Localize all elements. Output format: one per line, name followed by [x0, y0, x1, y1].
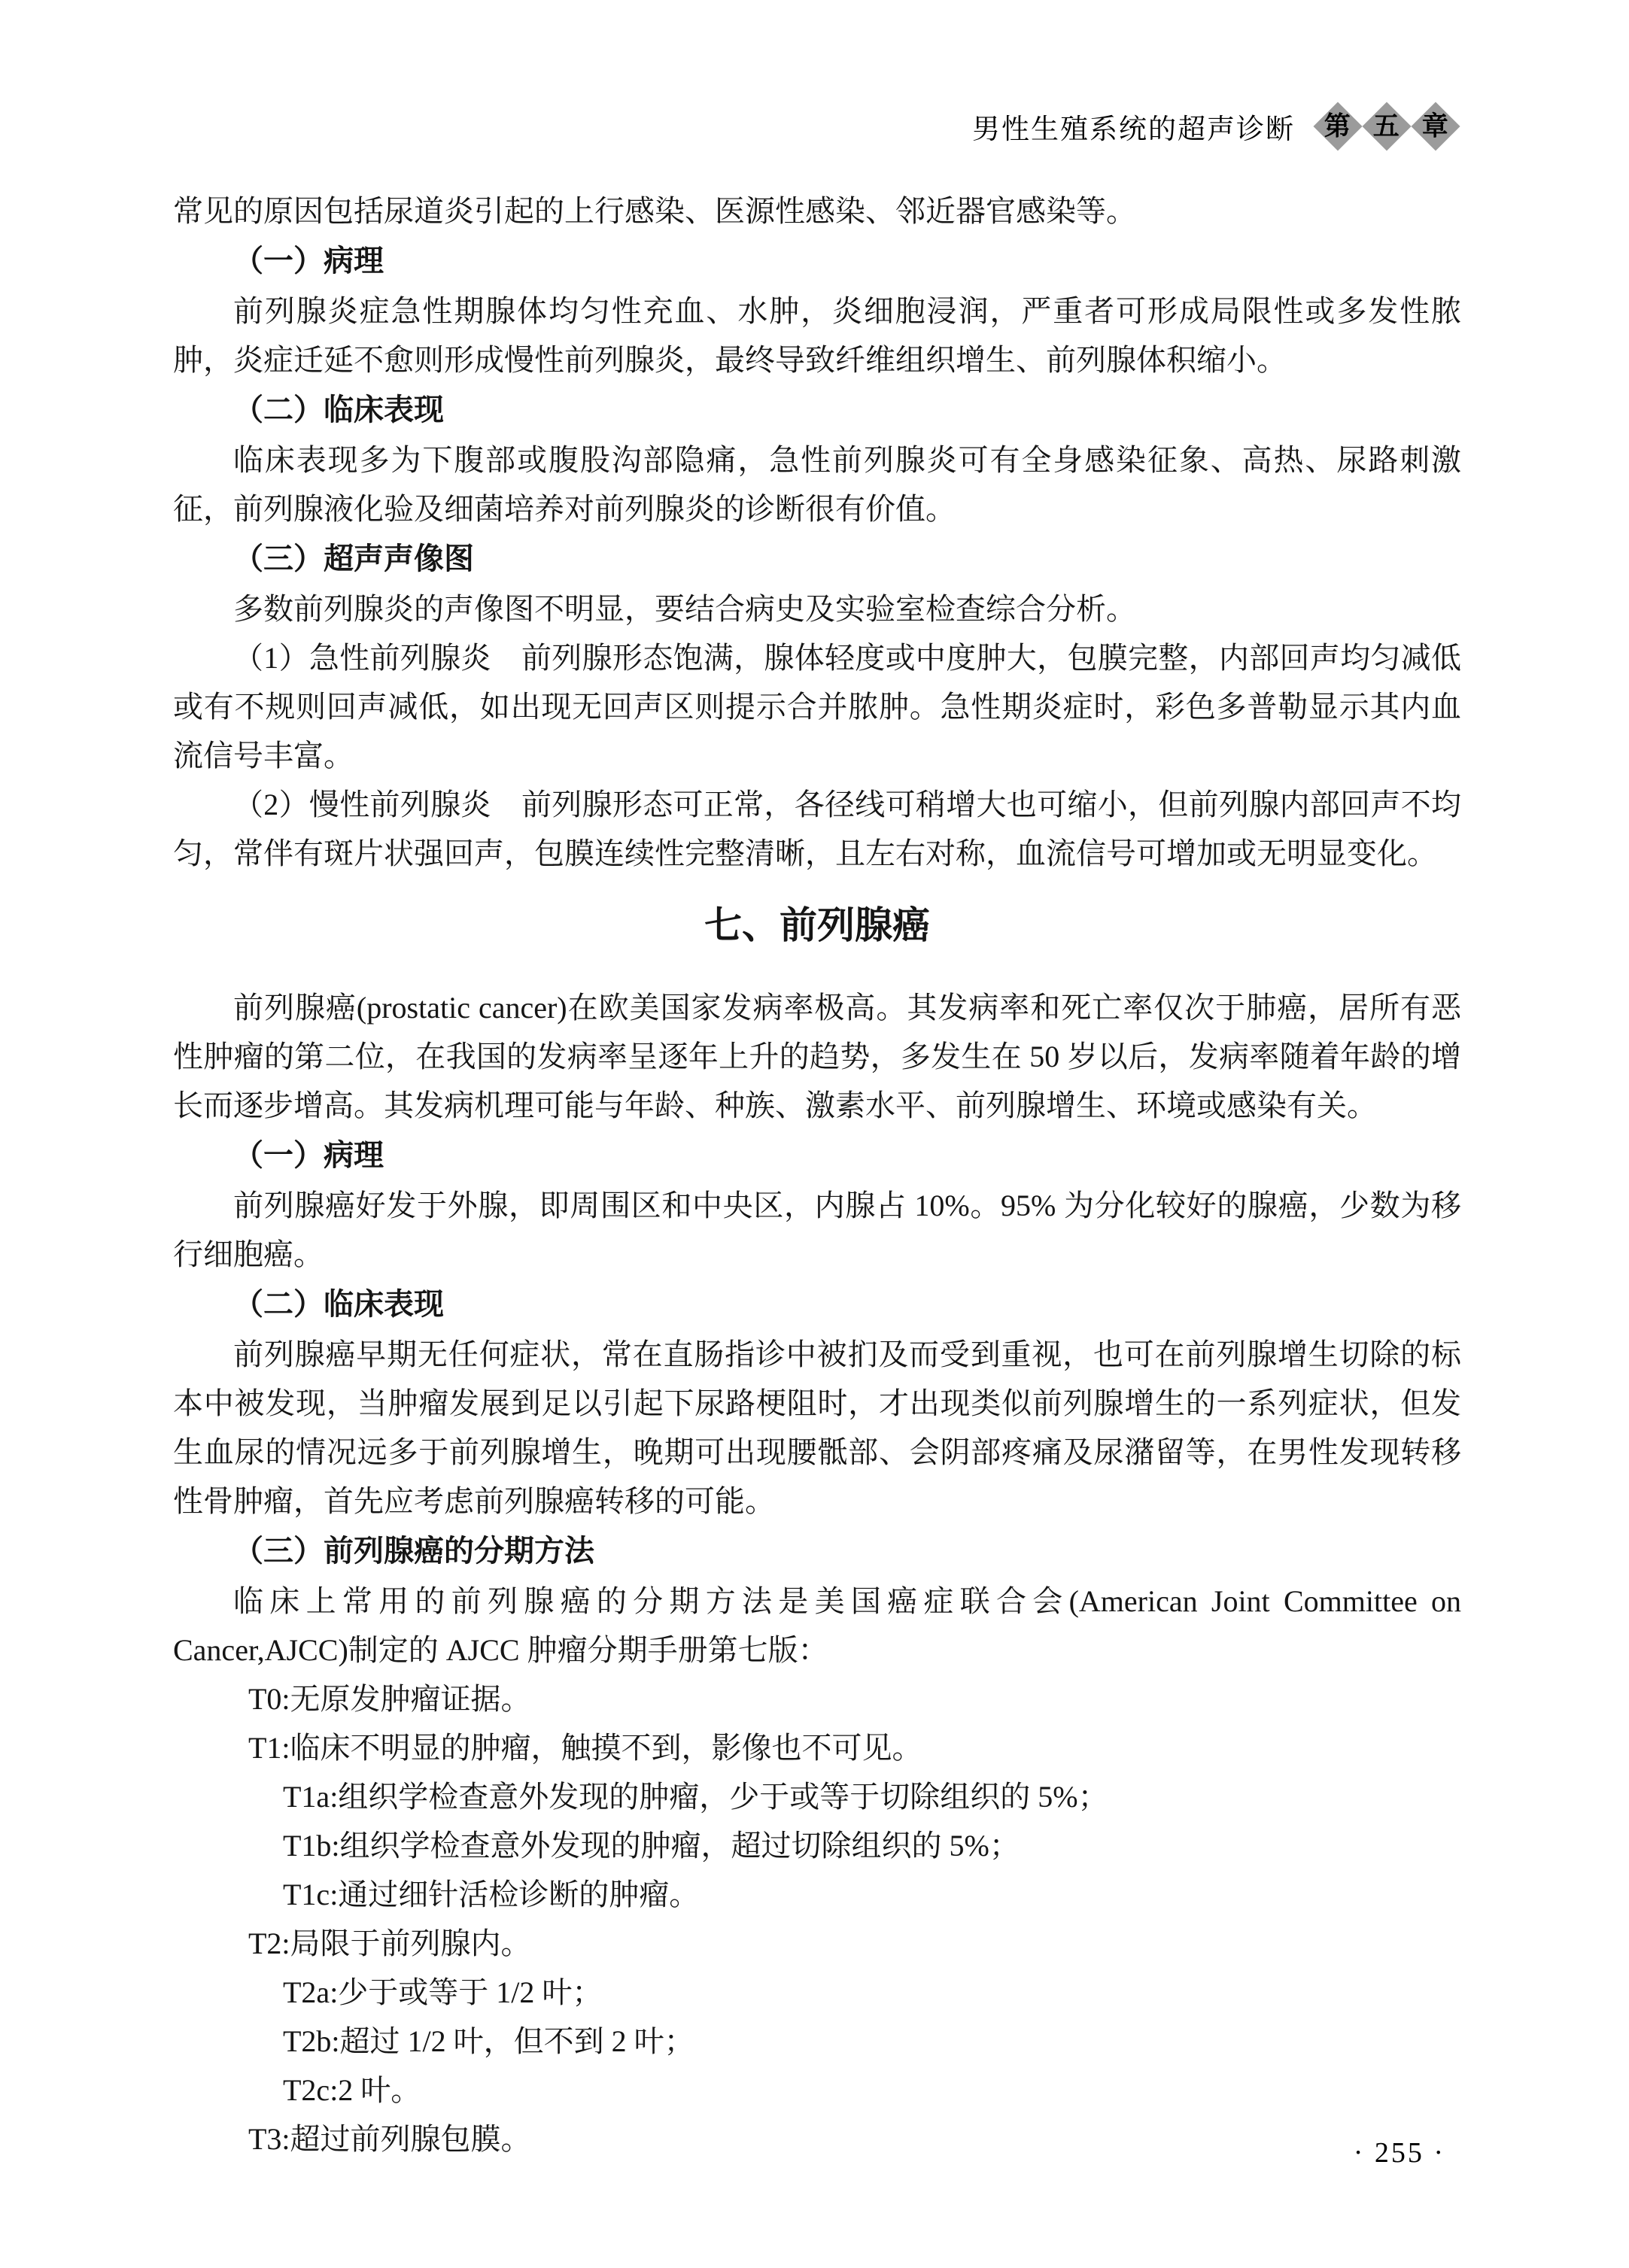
stage-item-t3: T3:超过前列腺包膜。: [173, 2115, 1461, 2163]
stage-item-t2b: T2b:超过 1/2 叶，但不到 2 叶；: [173, 2017, 1461, 2066]
paragraph-prostatitis-clinical: 临床表现多为下腹部或腹股沟部隐痛，急性前列腺炎可有全身感染征象、高热、尿路刺激征…: [173, 436, 1461, 533]
subheading-pathology-2: （一）病理: [173, 1131, 1461, 1180]
paragraph-cancer-pathology: 前列腺癌好发于外腺，即周围区和中央区，内腺占 10%。95% 为分化较好的腺癌，…: [173, 1181, 1461, 1279]
subheading-pathology-1: （一）病理: [173, 236, 1461, 286]
page-header: 男性生殖系统的超声诊断 第 五 章: [972, 99, 1453, 153]
page-number: · 255 ·: [1354, 2136, 1445, 2169]
book-page: 男性生殖系统的超声诊断 第 五 章 常见的原因包括尿道炎引起的上行感染、医源性感…: [0, 0, 1629, 2268]
paragraph-prostatitis-pathology: 前列腺炎症急性期腺体均匀性充血、水肿，炎细胞浸润，严重者可形成局限性或多发性脓肿…: [173, 287, 1461, 384]
paragraph-cancer-clinical: 前列腺癌早期无任何症状，常在直肠指诊中被扪及而受到重视，也可在前列腺增生切除的标…: [173, 1330, 1461, 1526]
chapter-char-1: 第: [1324, 113, 1351, 139]
paragraph-acute-prostatitis: （1）急性前列腺炎 前列腺形态饱满，腺体轻度或中度肿大，包膜完整，内部回声均匀减…: [173, 633, 1461, 780]
stage-item-t2: T2:局限于前列腺内。: [173, 1919, 1461, 1968]
subheading-clinical-1: （二）临床表现: [173, 385, 1461, 435]
paragraph-staging-intro: 临床上常用的前列腺癌的分期方法是美国癌症联合会(American Joint C…: [173, 1577, 1461, 1674]
paragraph-cancer-epidemiology: 前列腺癌(prostatic cancer)在欧美国家发病率极高。其发病率和死亡…: [173, 983, 1461, 1130]
subheading-clinical-2: （二）临床表现: [173, 1280, 1461, 1329]
page-content: 常见的原因包括尿道炎引起的上行感染、医源性感染、邻近器官感染等。（一）病理前列腺…: [173, 187, 1461, 2163]
paragraph-prostatitis-causes: 常见的原因包括尿道炎引起的上行感染、医源性感染、邻近器官感染等。: [173, 187, 1461, 235]
running-title: 男性生殖系统的超声诊断: [972, 106, 1295, 147]
stage-item-t1a: T1a:组织学检查意外发现的肿瘤，少于或等于切除组织的 5%；: [173, 1772, 1461, 1821]
subheading-staging: （三）前列腺癌的分期方法: [173, 1526, 1461, 1576]
stage-item-t2c: T2c:2 叶。: [173, 2066, 1461, 2115]
stage-item-t1b: T1b:组织学检查意外发现的肿瘤，超过切除组织的 5%；: [173, 1821, 1461, 1870]
paragraph-chronic-prostatitis: （2）慢性前列腺炎 前列腺形态可正常，各径线可稍增大也可缩小，但前列腺内部回声不…: [173, 780, 1461, 878]
chapter-diamond-2: 五: [1362, 102, 1411, 150]
chapter-diamond-1: 第: [1313, 102, 1362, 150]
chapter-diamond-3: 章: [1411, 102, 1460, 150]
stage-item-t2a: T2a:少于或等于 1/2 叶；: [173, 1968, 1461, 2017]
chapter-char-2: 五: [1373, 113, 1400, 139]
chapter-char-3: 章: [1422, 113, 1448, 139]
stage-item-t0: T0:无原发肿瘤证据。: [173, 1674, 1461, 1723]
stage-item-t1c: T1c:通过细针活检诊断的肿瘤。: [173, 1870, 1461, 1919]
chapter-badge: 第 五 章: [1321, 109, 1453, 144]
subheading-sonogram-1: （三）超声声像图: [173, 534, 1461, 584]
section-title-prostate-cancer: 七、前列腺癌: [173, 899, 1461, 952]
paragraph-sonogram-overview: 多数前列腺炎的声像图不明显，要结合病史及实验室检查综合分析。: [173, 584, 1461, 633]
stage-item-t1: T1:临床不明显的肿瘤，触摸不到，影像也不可见。: [173, 1723, 1461, 1772]
